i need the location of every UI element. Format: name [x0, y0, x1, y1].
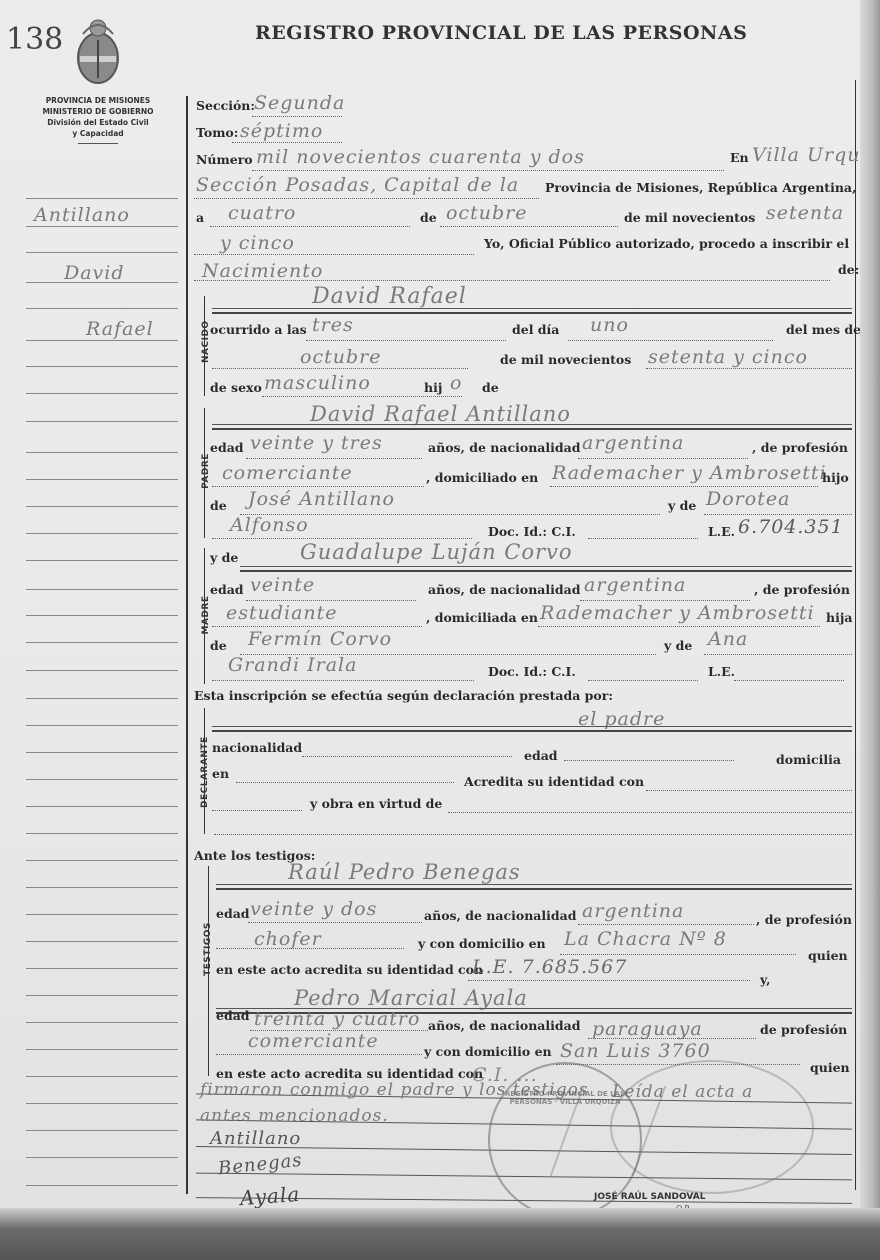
madre-father-value: Fermín Corvo: [248, 628, 392, 650]
place-value-2: Sección Posadas, Capital de la: [196, 174, 519, 196]
argentine-coat-of-arms-icon: [73, 14, 123, 86]
dia-value: uno: [590, 314, 629, 336]
testigo-1-y-label: y,: [760, 972, 770, 987]
testigo-2-nacionalidad-label: años, de nacionalidad: [428, 1018, 580, 1033]
year-value-2: y cinco: [220, 232, 295, 254]
page-number: 138: [6, 22, 63, 57]
padre-le-value: 6.704.351: [738, 516, 844, 538]
madre-le-label: L.E.: [708, 664, 735, 679]
testigo-1-profesion-label: , de profesión: [756, 912, 852, 927]
testigo-2-edad-label: edad: [216, 1008, 250, 1023]
numero-value: mil novecientos cuarenta y dos: [256, 146, 585, 168]
en-label: En: [730, 150, 749, 165]
padre-hijo-label: hijo: [822, 470, 849, 485]
madre-mother-value-2: Grandi Irala: [228, 654, 357, 676]
madre-domicilio-label: , domiciliada en: [426, 610, 538, 625]
declarante-nacionalidad-label: nacionalidad: [212, 740, 302, 755]
page-binding-edge: [860, 0, 880, 1260]
testigo-1-domicilio-label: y con domicilio en: [418, 936, 546, 951]
tomo-label: Tomo:: [196, 125, 238, 140]
closing-line-3: antes mencionados.: [200, 1106, 389, 1126]
testigo-1-domicilio-value: La Chacra Nº 8: [564, 928, 727, 950]
page-bottom-shadow: [0, 1208, 880, 1260]
testigo-2-domicilio-value: San Luis 3760: [560, 1040, 711, 1062]
padre-mother-value-2: Alfonso: [230, 514, 309, 536]
day-value: cuatro: [228, 202, 296, 224]
office-province: PROVINCIA DE MISIONES: [18, 95, 178, 106]
left-column-rule: [186, 96, 188, 1194]
testigo-2-edad-value: treinta y cuatro: [254, 1008, 420, 1030]
madre-mother-value-1: Ana: [708, 628, 748, 650]
padre-de-label: de: [210, 498, 227, 513]
padre-mother-value-1: Dorotea: [706, 488, 790, 510]
testigo-1-edad-value: veinte y dos: [250, 898, 377, 920]
official-name: JOSÉ RAÚL SANDOVAL: [594, 1192, 705, 1202]
testigo-2-profesion-value: comerciante: [248, 1030, 379, 1052]
month-value: octubre: [446, 202, 527, 224]
anio-value: setenta y cinco: [648, 346, 808, 368]
declarante-acredita-label: Acredita su identidad con: [464, 774, 644, 789]
testigo-1-edad-label: edad: [216, 906, 250, 921]
testigo-1-name: Raúl Pedro Benegas: [288, 860, 521, 884]
dia-label: del día: [512, 322, 559, 337]
de-label: de: [420, 210, 437, 225]
signature-testigo-1: Benegas: [217, 1150, 303, 1180]
document-title: REGISTRO PROVINCIAL DE LAS PERSONAS: [255, 22, 747, 44]
declarante-obra-label: y obra en virtud de: [310, 796, 442, 811]
declarante-en-label: en: [212, 766, 229, 781]
madre-profesion-value: estudiante: [226, 602, 338, 624]
margin-second-name: Rafael: [86, 318, 154, 340]
a-label: a: [196, 210, 204, 225]
madre-nacionalidad-label: años, de nacionalidad: [428, 582, 580, 597]
office-ministry: MINISTERIO DE GOBIERNO: [18, 106, 178, 117]
seccion-label: Sección:: [196, 98, 255, 113]
testigo-1-nacionalidad-value: argentina: [582, 900, 684, 922]
madre-edad-label: edad: [210, 582, 244, 597]
office-division: División del Estado Civil: [18, 117, 178, 128]
sexo-value: masculino: [264, 372, 371, 394]
year-label: de mil novecientos: [624, 210, 755, 225]
office-block: PROVINCIA DE MISIONES MINISTERIO DE GOBI…: [18, 95, 178, 144]
madre-edad-value: veinte: [250, 574, 315, 596]
madre-de-label: de: [210, 638, 227, 653]
margin-surname: Antillano: [34, 204, 130, 226]
de-end-label: de:: [838, 262, 859, 277]
mes-value: octubre: [300, 346, 381, 368]
testigo-1-quien-label: quien: [808, 948, 848, 963]
nacido-de-label: de: [482, 380, 499, 395]
testigo-2-name: Pedro Marcial Ayala: [294, 986, 528, 1010]
provincia-text: Provincia de Misiones, República Argenti…: [545, 180, 856, 195]
declarante-side-label: DECLARANTE: [200, 738, 210, 808]
tomo-value: séptimo: [240, 120, 323, 142]
testigo-2-profesion-label: de profesión: [760, 1022, 847, 1037]
padre-father-value: José Antillano: [248, 488, 395, 510]
padre-profesion-value: comerciante: [222, 462, 353, 484]
hijo-label: hij: [424, 380, 442, 395]
padre-edad-value: veinte y tres: [250, 432, 383, 454]
madre-side-label: MADRE: [201, 595, 211, 635]
ocurrido-label: ocurrido a las: [210, 322, 307, 337]
madre-domicilio-value: Rademacher y Ambrosetti: [540, 602, 815, 624]
act-type-value: Nacimiento: [202, 260, 323, 282]
declarante-intro: Esta inscripción se efectúa según declar…: [194, 688, 613, 703]
mes-label: del mes de: [786, 322, 861, 337]
year-value-1: setenta: [766, 202, 844, 224]
testigo-2-quien-label: quien: [810, 1060, 850, 1075]
testigo-2-nacionalidad-value: paraguaya: [592, 1018, 703, 1040]
madre-doc-label: Doc. Id.: C.I.: [488, 664, 576, 679]
madre-name: Guadalupe Luján Corvo: [300, 540, 573, 564]
padre-nacionalidad-label: años, de nacionalidad: [428, 440, 580, 455]
hijo-suffix: o: [450, 372, 462, 394]
nacido-name: David Rafael: [312, 284, 467, 309]
madre-y-de-label: y de: [210, 550, 238, 565]
signature-testigo-2: Ayala: [239, 1182, 301, 1210]
padre-nacionalidad-value: argentina: [582, 432, 684, 454]
padre-y-de-label: y de: [668, 498, 696, 513]
madre-hija-label: hija: [826, 610, 852, 625]
padre-side-label: PADRE: [201, 451, 211, 491]
testigos-side-label: TESTIGOS: [203, 921, 213, 977]
madre-profesion-label: , de profesión: [754, 582, 850, 597]
anio-label: de mil novecientos: [500, 352, 631, 367]
madre-y-de2-label: y de: [664, 638, 692, 653]
padre-domicilio-value: Rademacher y Ambrosetti: [552, 462, 827, 484]
testigo-1-acredita-label: en este acto acredita su identidad con: [216, 962, 483, 977]
seccion-value: Segunda: [254, 92, 345, 114]
testigo-1-nacionalidad-label: años, de nacionalidad: [424, 908, 576, 923]
testigo-2-domicilio-label: y con domicilio en: [424, 1044, 552, 1059]
padre-profesion-label: , de profesión: [752, 440, 848, 455]
testigo-1-profesion-value: chofer: [254, 928, 322, 950]
padre-name: David Rafael Antillano: [310, 402, 571, 426]
registry-page: 138 REGISTRO PROVINCIAL DE LAS PERSONAS …: [0, 0, 862, 1208]
numero-label: Número: [196, 152, 253, 167]
declarante-domicilio-label: domicilia: [776, 752, 841, 767]
hora-value: tres: [312, 314, 354, 336]
office-division-2: y Capacidad: [18, 128, 178, 139]
sexo-label: de sexo: [210, 380, 262, 395]
padre-doc-label: Doc. Id.: C.I.: [488, 524, 576, 539]
declarante-edad-label: edad: [524, 748, 558, 763]
signature-declarante: Antillano: [210, 1128, 301, 1149]
padre-le-label: L.E.: [708, 524, 735, 539]
oficial-text: Yo, Oficial Público autorizado, procedo …: [484, 236, 849, 251]
testigo-1-doc-value: L.E. 7.685.567: [472, 956, 627, 978]
madre-nacionalidad-value: argentina: [584, 574, 686, 596]
margin-first-name: David: [64, 262, 125, 284]
right-border-rule: [855, 80, 856, 1190]
padre-domicilio-label: , domiciliado en: [426, 470, 538, 485]
padre-edad-label: edad: [210, 440, 244, 455]
testigo-2-acredita-label: en este acto acredita su identidad con: [216, 1066, 483, 1081]
